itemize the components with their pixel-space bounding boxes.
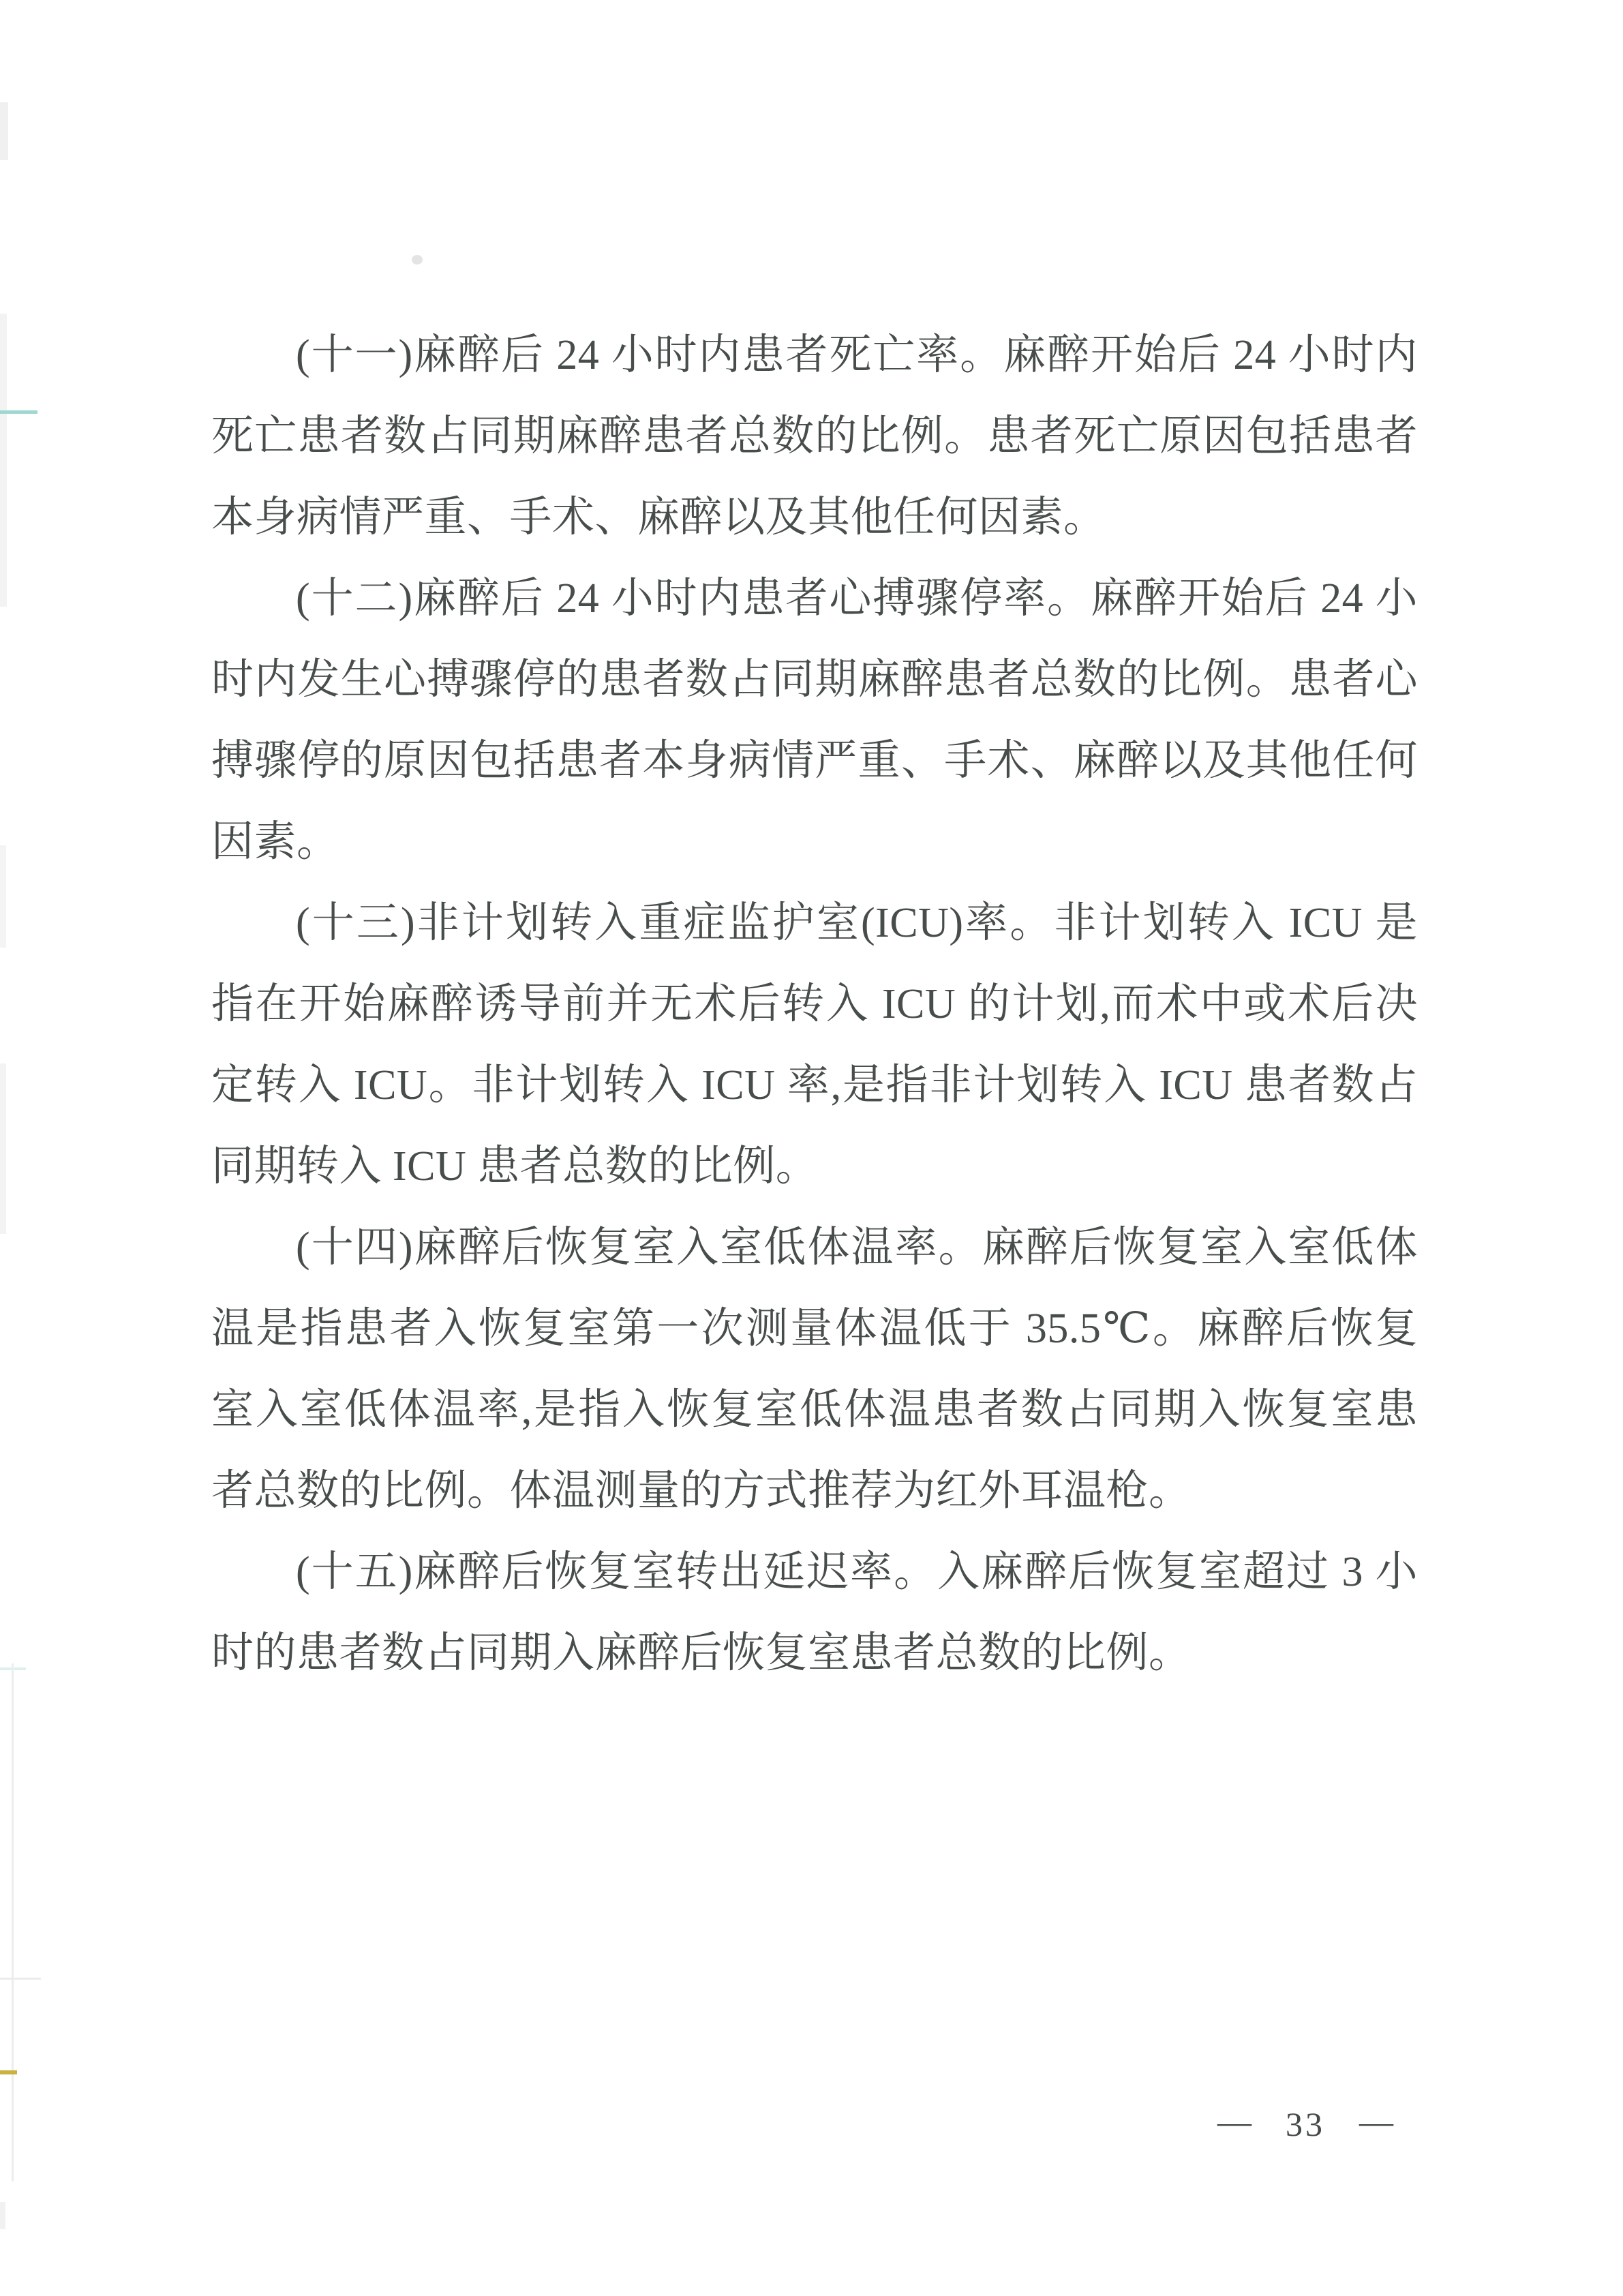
edge-smudge bbox=[0, 102, 8, 160]
document-body: (十一)麻醉后 24 小时内患者死亡率。麻醉开始后 24 小时内死亡患者数占同期… bbox=[211, 315, 1418, 1694]
edge-smudge bbox=[0, 845, 6, 948]
cyan-dash bbox=[0, 1667, 26, 1670]
scanned-page: (十一)麻醉后 24 小时内患者死亡率。麻醉开始后 24 小时内死亡患者数占同期… bbox=[0, 0, 1623, 2296]
text-line: (十二)麻醉后 24 小时内患者心搏骤停率。麻醉开始后 24 小 bbox=[211, 558, 1418, 639]
text-line: 因素。 bbox=[211, 802, 1418, 883]
text-line: 温是指患者入恢复室第一次测量体温低于 35.5℃。麻醉后恢复 bbox=[211, 1288, 1418, 1370]
page-number: 33 bbox=[1286, 2104, 1325, 2144]
paragraph: (十三)非计划转入重症监护室(ICU)率。非计划转入 ICU 是指在开始麻醉诱导… bbox=[211, 883, 1418, 1207]
text-line: 搏骤停的原因包括患者本身病情严重、手术、麻醉以及其他任何 bbox=[211, 721, 1418, 802]
page-footer: — 33 — bbox=[1217, 2104, 1393, 2145]
edge-smudge bbox=[0, 2202, 5, 2229]
page-number-dash-right: — bbox=[1359, 2104, 1393, 2139]
text-line: 本身病情严重、手术、麻醉以及其他任何因素。 bbox=[211, 477, 1418, 558]
gray-line bbox=[0, 1978, 41, 1980]
paragraph: (十二)麻醉后 24 小时内患者心搏骤停率。麻醉开始后 24 小时内发生心搏骤停… bbox=[211, 558, 1418, 883]
text-line: 指在开始麻醉诱导前并无术后转入 ICU 的计划,而术中或术后决 bbox=[211, 964, 1418, 1045]
text-line: 定转入 ICU。非计划转入 ICU 率,是指非计划转入 ICU 患者数占 bbox=[211, 1045, 1418, 1126]
edge-smudge bbox=[0, 1063, 6, 1234]
edge-smudge bbox=[0, 314, 7, 607]
page-number-dash-left: — bbox=[1217, 2104, 1252, 2139]
text-line: 室入室低体温率,是指入恢复室低体温患者数占同期入恢复室患 bbox=[211, 1370, 1418, 1451]
text-line: 时的患者数占同期入麻醉后恢复室患者总数的比例。 bbox=[211, 1613, 1418, 1694]
text-line: 同期转入 ICU 患者总数的比例。 bbox=[211, 1126, 1418, 1207]
paragraph: (十四)麻醉后恢复室入室低体温率。麻醉后恢复室入室低体温是指患者入恢复室第一次测… bbox=[211, 1207, 1418, 1532]
edge-vert-line bbox=[12, 1663, 14, 2181]
text-line: 时内发生心搏骤停的患者数占同期麻醉患者总数的比例。患者心 bbox=[211, 639, 1418, 721]
paragraph: (十一)麻醉后 24 小时内患者死亡率。麻醉开始后 24 小时内死亡患者数占同期… bbox=[211, 315, 1418, 558]
text-line: (十三)非计划转入重症监护室(ICU)率。非计划转入 ICU 是 bbox=[211, 883, 1418, 964]
yellow-dash bbox=[0, 2070, 17, 2074]
paragraph: (十五)麻醉后恢复室转出延迟率。入麻醉后恢复室超过 3 小时的患者数占同期入麻醉… bbox=[211, 1532, 1418, 1694]
text-line: 者总数的比例。体温测量的方式推荐为红外耳温枪。 bbox=[211, 1451, 1418, 1532]
text-line: (十五)麻醉后恢复室转出延迟率。入麻醉后恢复室超过 3 小 bbox=[211, 1532, 1418, 1613]
text-line: 死亡患者数占同期麻醉患者总数的比例。患者死亡原因包括患者 bbox=[211, 396, 1418, 477]
ink-dot bbox=[412, 255, 423, 265]
text-line: (十一)麻醉后 24 小时内患者死亡率。麻醉开始后 24 小时内 bbox=[211, 315, 1418, 396]
text-line: (十四)麻醉后恢复室入室低体温率。麻醉后恢复室入室低体 bbox=[211, 1207, 1418, 1288]
cyan-dash bbox=[0, 410, 37, 414]
